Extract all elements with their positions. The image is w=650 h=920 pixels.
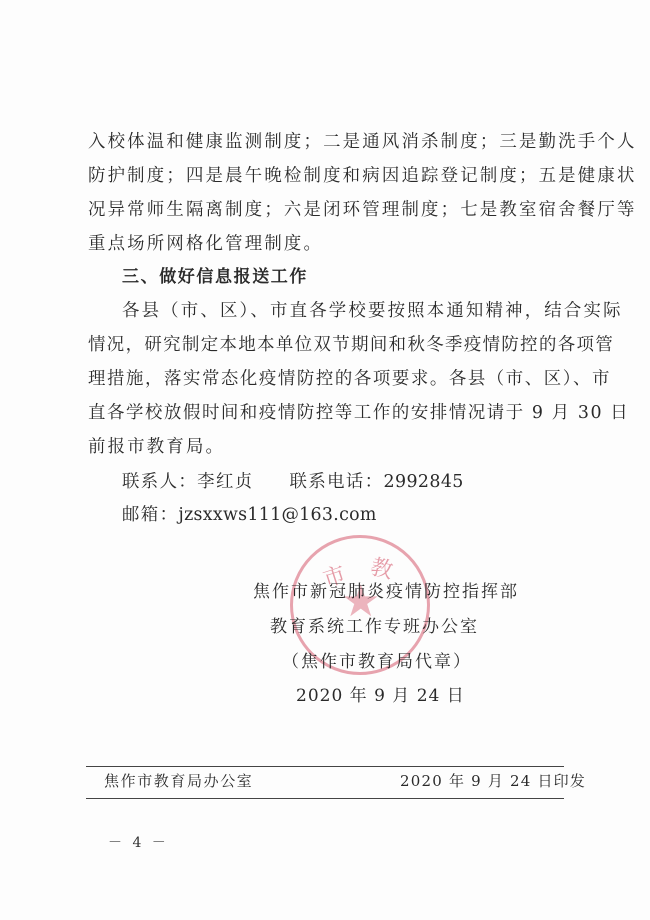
signature-line-3: （焦作市教育局代章） xyxy=(282,650,472,674)
email-line: 邮箱：jzsxxws111@163.com xyxy=(122,503,602,527)
body-line: 重点场所网格化管理制度。 xyxy=(88,232,568,256)
contact-line: 联系人：李红贞联系电话：2992845 xyxy=(122,470,602,494)
footer-issuer: 焦作市教育局办公室 xyxy=(104,770,253,791)
footer-issue-date: 2020 年 9 月 24 日印发 xyxy=(400,770,586,791)
page-number: － 4 － xyxy=(108,832,169,852)
contact-phone: 2992845 xyxy=(384,472,464,492)
body-line: 入校体温和健康监测制度；二是通风消杀制度；三是勤洗手个人 xyxy=(88,130,568,154)
contact-person-name: 李红贞 xyxy=(197,472,253,492)
body-line: 各县（市、区）、市直各学校要按照本通知精神，结合实际 xyxy=(122,299,602,323)
footer-top-rule xyxy=(86,766,564,767)
body-line: 前报市教育局。 xyxy=(88,435,568,459)
footer-bottom-rule xyxy=(86,798,564,799)
signature-line-1: 焦作市新冠肺炎疫情防控指挥部 xyxy=(253,580,519,604)
email-address[interactable]: jzsxxws111@163.com xyxy=(178,505,376,525)
section-heading: 三、做好信息报送工作 xyxy=(122,265,602,289)
document-page: 入校体温和健康监测制度；二是通风消杀制度；三是勤洗手个人 防护制度；四是晨午晚检… xyxy=(0,0,650,920)
body-line: 情况，研究制定本地本单位双节期间和秋冬季疫情防控的各项管 xyxy=(88,333,568,357)
signature-line-2: 教育系统工作专班办公室 xyxy=(270,615,479,639)
signature-date: 2020 年 9 月 24 日 xyxy=(296,684,465,708)
body-line: 防护制度；四是晨午晚检制度和病因追踪登记制度；五是健康状 xyxy=(88,164,568,188)
body-line: 直各学校放假时间和疫情防控等工作的安排情况请于 9 月 30 日 xyxy=(88,401,568,425)
contact-person-label: 联系人： xyxy=(122,472,197,492)
body-line: 理措施，落实常态化疫情防控的各项要求。各县（市、区）、市 xyxy=(88,367,568,391)
contact-phone-label: 联系电话： xyxy=(290,472,384,492)
email-label: 邮箱： xyxy=(122,505,178,525)
body-line: 况异常师生隔离制度；六是闭环管理制度；七是教室宿舍餐厅等 xyxy=(88,198,568,222)
